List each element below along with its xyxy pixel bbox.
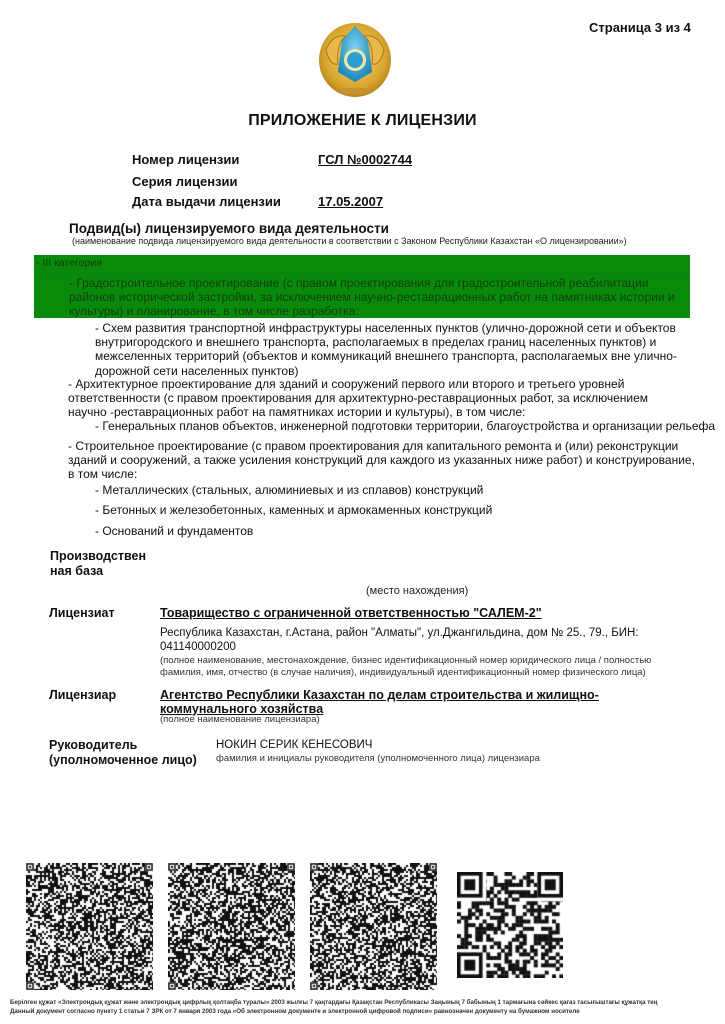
footer-legal-notice: Берілген құжат «Электрондық құжат және э… xyxy=(10,998,657,1016)
license-series-label: Серия лицензии xyxy=(132,174,238,189)
subtype-item: - Схем развития транспортной инфраструкт… xyxy=(95,321,725,378)
subtype-item: - Оснований и фундаментов xyxy=(95,524,695,538)
footer-line-kz: Берілген құжат «Электрондық құжат және э… xyxy=(10,998,657,1007)
production-base-label: Производственная база xyxy=(50,549,150,579)
category-row: - III категория xyxy=(34,255,690,274)
document-title: ПРИЛОЖЕНИЕ К ЛИЦЕНЗИИ xyxy=(0,112,725,130)
subtype-item: - Металлических (стальных, алюминиевых и… xyxy=(95,483,695,497)
footer-line-ru: Данный документ согласно пункту 1 статьи… xyxy=(10,1007,657,1016)
head-label-sub: (уполномоченное лицо) xyxy=(49,753,197,767)
licensor-note: (полное наименование лицензиара) xyxy=(160,714,320,726)
qr-code xyxy=(457,872,563,978)
licensee-name: Товарищество с ограниченной ответственно… xyxy=(160,606,542,620)
barcode-1 xyxy=(26,863,153,990)
licensee-note: (полное наименование, местонахождение, б… xyxy=(160,655,665,679)
licensor-label: Лицензиар xyxy=(49,688,116,702)
licensor-name: Агентство Республики Казахстан по делам … xyxy=(160,688,670,716)
head-label: Руководитель xyxy=(49,738,137,752)
selected-category-highlight: - III категория - Градостроительное прое… xyxy=(34,255,690,318)
licensee-address: Республика Казахстан, г.Астана, район "А… xyxy=(160,627,660,654)
license-date-label: Дата выдачи лицензии xyxy=(132,194,281,209)
licensee-label: Лицензиат xyxy=(49,606,115,620)
subtypes-heading: Подвид(ы) лицензируемого вида деятельнос… xyxy=(69,221,389,236)
state-emblem-icon xyxy=(316,20,394,100)
category-label: - III категория xyxy=(36,257,102,269)
subtype-item: - Градостроительное проектирование (с пр… xyxy=(69,276,687,318)
license-number-label: Номер лицензии xyxy=(132,152,239,167)
license-number-value: ГСЛ №0002744 xyxy=(318,152,412,167)
subtypes-note: (наименование подвида лицензируемого вид… xyxy=(72,236,627,246)
barcode-3 xyxy=(310,863,437,990)
barcode-2 xyxy=(168,863,295,990)
subtype-item: - Бетонных и железобетонных, каменных и … xyxy=(95,503,695,517)
production-base-note: (место нахождения) xyxy=(366,585,468,597)
subtype-item: - Строительное проектирование (с правом … xyxy=(68,439,698,482)
head-name: НОКИН СЕРИК КЕНЕСОВИЧ xyxy=(216,739,372,753)
license-date-value: 17.05.2007 xyxy=(318,194,383,209)
page-indicator: Страница 3 из 4 xyxy=(589,20,691,35)
subtype-item: - Генеральных планов объектов, инженерно… xyxy=(95,419,725,433)
head-note: фамилия и инициалы руководителя (уполном… xyxy=(216,753,540,765)
subtype-item: - Архитектурное проектирование для здани… xyxy=(68,377,668,420)
